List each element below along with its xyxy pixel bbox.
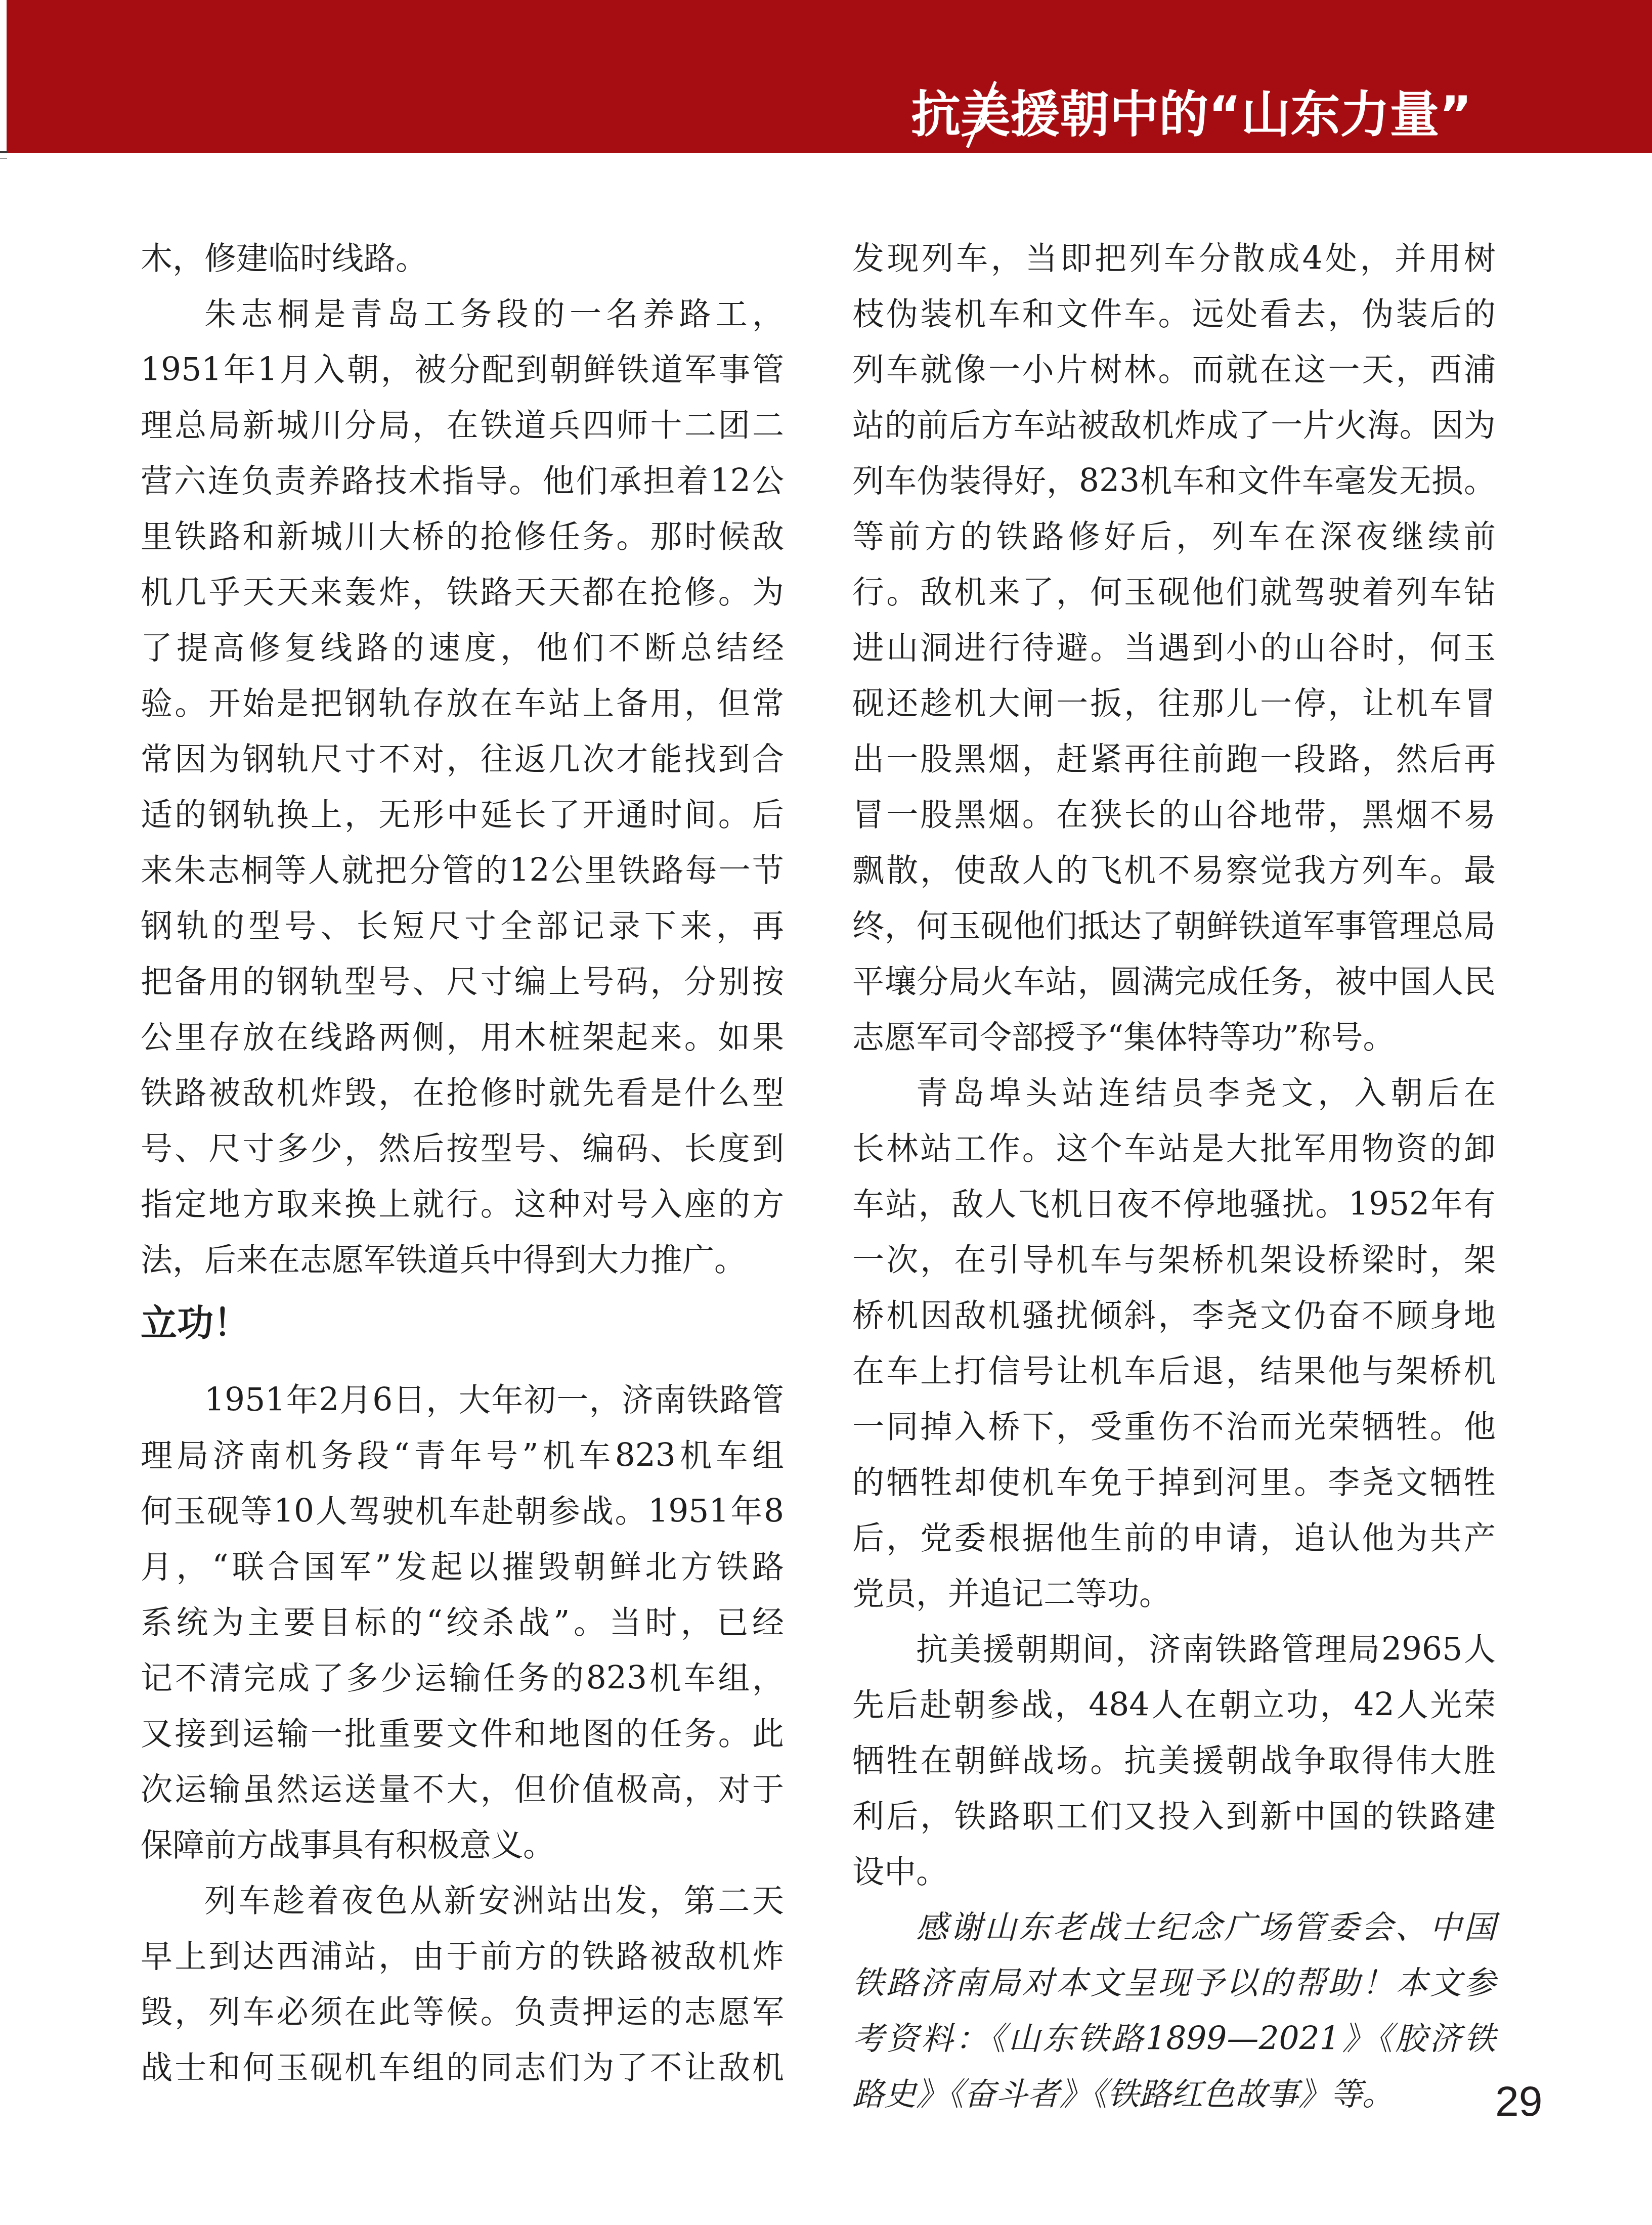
text-line: 站的前后方车站被敌机炸成了一片火海。因为 <box>852 398 1496 453</box>
text-line: 又接到运输一批重要文件和地图的任务。此 <box>141 1706 784 1762</box>
text-line: 机几乎天天来轰炸，铁路天天都在抢修。为 <box>141 564 784 620</box>
text-line: 一次，在引导机车与架桥机架设桥梁时，架 <box>852 1232 1496 1288</box>
text-line: 系统为主要目标的“绞杀战”。当时，已经 <box>141 1595 784 1650</box>
text-line: 砚还趁机大闸一扳，往那儿一停，让机车冒 <box>852 676 1496 731</box>
text-line: 记不清完成了多少运输任务的823机车组， <box>141 1650 784 1706</box>
text-line: 何玉砚等10人驾驶机车赴朝参战。1951年8 <box>141 1484 784 1539</box>
text-line: 路史》《奋斗者》《铁路红色故事》等。 <box>852 2067 1496 2122</box>
text-line: 把备用的钢轨型号、尺寸编上号码，分别按 <box>141 954 784 1010</box>
text-line: 常因为钢轨尺寸不对，往返几次才能找到合 <box>141 731 784 787</box>
text-line: 里铁路和新城川大桥的抢修任务。那时候敌 <box>141 509 784 564</box>
text-line: 保障前方战事具有积极意义。 <box>141 1817 784 1873</box>
text-line: 列车趁着夜色从新安洲站出发，第二天 <box>141 1873 784 1929</box>
text-line: 抗美援朝期间，济南铁路管理局2965人 <box>852 1622 1496 1677</box>
text-line: 列车就像一小片树林。而就在这一天，西浦 <box>852 342 1496 398</box>
text-line: 长林站工作。这个车站是大批军用物资的卸 <box>852 1121 1496 1176</box>
text-line: 适的钢轨换上，无形中延长了开通时间。后 <box>141 787 784 843</box>
text-line: 铁路被敌机炸毁，在抢修时就先看是什么型 <box>141 1065 784 1121</box>
text-line: 朱志桐是青岛工务段的一名养路工， <box>141 286 784 342</box>
right-column: 发现列车，当即把列车分散成4处，并用树枝伪装机车和文件车。远处看去，伪装后的列车… <box>852 231 1496 2122</box>
left-column: 木，修建临时线路。朱志桐是青岛工务段的一名养路工，1951年1月入朝，被分配到朝… <box>141 231 784 2096</box>
text-line: 进山洞进行待避。当遇到小的山谷时，何玉 <box>852 620 1496 676</box>
text-line: 感谢山东老战士纪念广场管委会、中国 <box>852 1900 1496 1955</box>
text-line: 考资料：《山东铁路1899—2021》《胶济铁 <box>852 2011 1496 2067</box>
text-line: 1951年1月入朝，被分配到朝鲜铁道军事管 <box>141 342 784 398</box>
text-line: 战士和何玉砚机车组的同志们为了不让敌机 <box>141 2040 784 2096</box>
text-line: 月，“联合国军”发起以摧毁朝鲜北方铁路 <box>141 1539 784 1595</box>
text-line: 终，何玉砚他们抵达了朝鲜铁道军事管理总局 <box>852 898 1496 954</box>
text-line: 验。开始是把钢轨存放在车站上备用，但常 <box>141 676 784 731</box>
text-line: 行。敌机来了，何玉砚他们就驾驶着列车钻 <box>852 564 1496 620</box>
left-column-part2: 1951年2月6日，大年初一，济南铁路管理局济南机务段“青年号”机车823机车组… <box>141 1372 784 2096</box>
text-line: 桥机因敌机骚扰倾斜，李尧文仍奋不顾身地 <box>852 1288 1496 1343</box>
text-line: 发现列车，当即把列车分散成4处，并用树 <box>852 231 1496 286</box>
text-line: 号、尺寸多少，然后按型号、编码、长度到 <box>141 1121 784 1176</box>
text-line: 等前方的铁路修好后，列车在深夜继续前 <box>852 509 1496 564</box>
text-line: 1951年2月6日，大年初一，济南铁路管 <box>141 1372 784 1428</box>
left-column-part1: 木，修建临时线路。朱志桐是青岛工务段的一名养路工，1951年1月入朝，被分配到朝… <box>141 231 784 1288</box>
section-heading: 立功！ <box>141 1295 784 1350</box>
text-line: 车站，敌人飞机日夜不停地骚扰。1952年有 <box>852 1176 1496 1232</box>
text-line: 次运输虽然运送量不大，但价值极高，对于 <box>141 1762 784 1817</box>
magazine-page: 抗美援朝中的“山东力量” 木，修建临时线路。朱志桐是青岛工务段的一名养路工，19… <box>0 0 1652 2225</box>
text-line: 公里存放在线路两侧，用木桩架起来。如果 <box>141 1010 784 1065</box>
right-column-lines: 发现列车，当即把列车分散成4处，并用树枝伪装机车和文件车。远处看去，伪装后的列车… <box>852 231 1496 2122</box>
text-line: 飘散，使敌人的飞机不易察觉我方列车。最 <box>852 843 1496 898</box>
text-line: 牺牲在朝鲜战场。抗美援朝战争取得伟大胜 <box>852 1733 1496 1788</box>
text-line: 先后赴朝参战，484人在朝立功，42人光荣 <box>852 1677 1496 1733</box>
text-line: 理总局新城川分局，在铁道兵四师十二团二 <box>141 398 784 453</box>
text-line: 来朱志桐等人就把分管的12公里铁路每一节 <box>141 843 784 898</box>
text-line: 一同掉入桥下，受重伤不治而光荣牺牲。他 <box>852 1399 1496 1455</box>
header-banner: 抗美援朝中的“山东力量” <box>7 0 1652 153</box>
text-line: 志愿军司令部授予“集体特等功”称号。 <box>852 1010 1496 1065</box>
text-line: 在车上打信号让机车后退，结果他与架桥机 <box>852 1343 1496 1399</box>
text-line: 营六连负责养路技术指导。他们承担着12公 <box>141 453 784 509</box>
text-line: 毁，列车必须在此等候。负责押运的志愿军 <box>141 1984 784 2040</box>
text-line: 列车伪装得好，823机车和文件车毫发无损。 <box>852 453 1496 509</box>
text-line: 的牺牲却使机车免于掉到河里。李尧文牺牲 <box>852 1455 1496 1510</box>
text-line: 早上到达西浦站，由于前方的铁路被敌机炸 <box>141 1929 784 1984</box>
text-line: 设中。 <box>852 1844 1496 1900</box>
text-line: 党员，并追记二等功。 <box>852 1566 1496 1622</box>
print-mark <box>0 151 7 159</box>
text-line: 法，后来在志愿军铁道兵中得到大力推广。 <box>141 1232 784 1288</box>
text-line: 后，党委根据他生前的申请，追认他为共产 <box>852 1510 1496 1566</box>
text-line: 冒一股黑烟。在狭长的山谷地带，黑烟不易 <box>852 787 1496 843</box>
text-line: 平壤分局火车站，圆满完成任务，被中国人民 <box>852 954 1496 1010</box>
text-line: 出一股黑烟，赶紧再往前跑一段路，然后再 <box>852 731 1496 787</box>
text-line: 枝伪装机车和文件车。远处看去，伪装后的 <box>852 286 1496 342</box>
text-line: 钢轨的型号、长短尺寸全部记录下来，再 <box>141 898 784 954</box>
page-number: 29 <box>1495 2080 1542 2122</box>
text-line: 了提高修复线路的速度，他们不断总结经 <box>141 620 784 676</box>
text-line: 青岛埠头站连结员李尧文，入朝后在 <box>852 1065 1496 1121</box>
text-line: 铁路济南局对本文呈现予以的帮助！本文参 <box>852 1955 1496 2011</box>
text-line: 木，修建临时线路。 <box>141 231 784 286</box>
text-line: 理局济南机务段“青年号”机车823机车组 <box>141 1428 784 1484</box>
page-title: 抗美援朝中的“山东力量” <box>911 90 1472 140</box>
text-line: 利后，铁路职工们又投入到新中国的铁路建 <box>852 1788 1496 1844</box>
text-line: 指定地方取来换上就行。这种对号入座的方 <box>141 1176 784 1232</box>
